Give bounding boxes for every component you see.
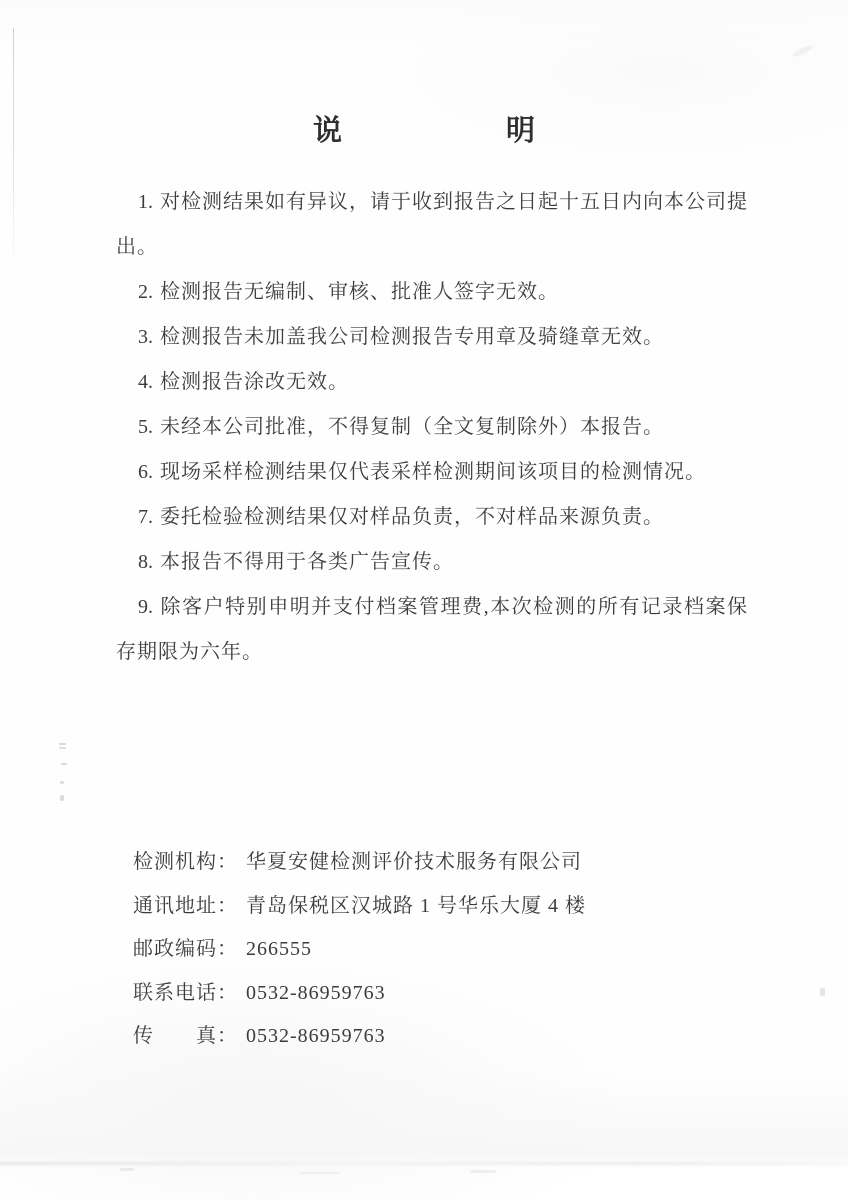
contact-label: 联系电话： [133, 982, 238, 1004]
scan-speck [470, 1170, 496, 1173]
note-number: 2. [138, 281, 153, 303]
note-number: 6. [138, 461, 153, 483]
scan-speck [59, 743, 66, 745]
contact-row-address: 通讯地址：青岛保税区汉城路 1 号华乐大厦 4 楼 [133, 885, 586, 929]
scan-smudge [792, 44, 814, 59]
scan-speck [820, 988, 825, 996]
contact-row-fax: 传 真：0532-86959763 [133, 1015, 586, 1059]
note-number: 4. [138, 371, 153, 393]
contact-value: 青岛保税区汉城路 1 号华乐大厦 4 楼 [246, 895, 586, 917]
title-char-right: 明 [506, 108, 535, 149]
scanned-report-notes-page: 说 明 1.对检测结果如有异议，请于收到报告之日起十五日内向本公司提出。 2.检… [0, 0, 848, 1200]
scan-speck [60, 795, 64, 801]
scan-speck [300, 1172, 340, 1174]
note-item-7: 7.委托检验检测结果仅对样品负责，不对样品来源负责。 [116, 495, 748, 540]
note-item-9: 9.除客户特别申明并支付档案管理费,本次检测的所有记录档案保存期限为六年。 [116, 585, 748, 675]
contact-label: 检测机构： [133, 851, 238, 873]
note-item-3: 3.检测报告未加盖我公司检测报告专用章及骑缝章无效。 [116, 315, 748, 360]
title-char-left: 说 [313, 108, 342, 149]
note-text: 未经本公司批准，不得复制（全文复制除外）本报告。 [160, 416, 664, 438]
contact-row-organization: 检测机构：华夏安健检测评价技术服务有限公司 [133, 841, 586, 885]
note-text: 委托检验检测结果仅对样品负责，不对样品来源负责。 [160, 506, 664, 528]
note-item-6: 6.现场采样检测结果仅代表采样检测期间该项目的检测情况。 [116, 450, 748, 495]
note-number: 5. [138, 416, 153, 438]
note-text: 除客户特别申明并支付档案管理费,本次检测的所有记录档案保存期限为六年。 [116, 596, 748, 663]
note-number: 8. [138, 551, 153, 573]
scan-edge-line [13, 28, 14, 276]
note-text: 对检测结果如有异议，请于收到报告之日起十五日内向本公司提出。 [116, 191, 748, 258]
contact-label: 传 真： [133, 1025, 238, 1047]
contact-label: 通讯地址： [133, 895, 238, 917]
scan-speck [60, 781, 64, 784]
scan-page-bottom-edge [0, 1162, 848, 1165]
contact-row-postcode: 邮政编码：266555 [133, 928, 586, 972]
contact-value: 0532-86959763 [246, 982, 386, 1004]
note-text: 本报告不得用于各类广告宣传。 [160, 551, 454, 573]
note-text: 检测报告未加盖我公司检测报告专用章及骑缝章无效。 [160, 326, 664, 348]
note-text: 检测报告无编制、审核、批准人签字无效。 [160, 281, 559, 303]
contact-value: 266555 [246, 938, 312, 960]
contact-label: 邮政编码： [133, 938, 238, 960]
note-number: 1. [138, 191, 153, 213]
note-number: 7. [138, 506, 153, 528]
notes-list: 1.对检测结果如有异议，请于收到报告之日起十五日内向本公司提出。 2.检测报告无… [116, 180, 748, 675]
contact-row-phone: 联系电话：0532-86959763 [133, 972, 586, 1016]
note-item-4: 4.检测报告涂改无效。 [116, 360, 748, 405]
note-number: 3. [138, 326, 153, 348]
note-text: 现场采样检测结果仅代表采样检测期间该项目的检测情况。 [160, 461, 706, 483]
page-title: 说 明 [0, 108, 848, 149]
scan-speck [120, 1168, 134, 1171]
scan-speck [61, 763, 67, 765]
note-item-1: 1.对检测结果如有异议，请于收到报告之日起十五日内向本公司提出。 [116, 180, 748, 270]
note-text: 检测报告涂改无效。 [160, 371, 349, 393]
note-number: 9. [138, 596, 153, 618]
contact-value: 华夏安健检测评价技术服务有限公司 [246, 851, 582, 873]
contact-value: 0532-86959763 [246, 1025, 386, 1047]
contact-block: 检测机构：华夏安健检测评价技术服务有限公司 通讯地址：青岛保税区汉城路 1 号华… [133, 841, 586, 1059]
note-item-8: 8.本报告不得用于各类广告宣传。 [116, 540, 748, 585]
note-item-5: 5.未经本公司批准，不得复制（全文复制除外）本报告。 [116, 405, 748, 450]
note-item-2: 2.检测报告无编制、审核、批准人签字无效。 [116, 270, 748, 315]
